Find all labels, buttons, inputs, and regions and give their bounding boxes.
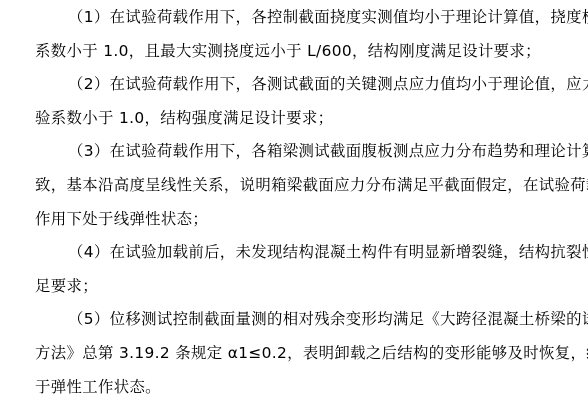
paragraph-line: 验系数小于 1.0，结构强度满足设计要求； [2,102,586,136]
paragraph-line: 系数小于 1.0，且最大实测挠度远小于 L/600，结构刚度满足设计要求； [2,35,586,69]
conclusion-paragraph-4: （4）在试验加载前后，未发现结构混凝土构件有明显新增裂缝，结构抗裂性满 足要求； [2,236,586,303]
paragraph-line: 足要求； [2,270,586,304]
conclusion-paragraph-1: （1）在试验荷载作用下，各控制截面挠度实测值均小于理论计算值，挠度校验 系数小于… [2,1,586,68]
paragraph-line: 致，基本沿高度呈线性关系，说明箱梁截面应力分布满足平截面假定，在试验荷载 [2,169,586,203]
paragraph-line: 方法》总第 3.19.2 条规定 α1≤0.2，表明卸载之后结构的变形能够及时恢… [2,337,586,371]
paragraph-line: （3）在试验荷载作用下，各箱梁测试截面腹板测点应力分布趋势和理论计算一 [2,135,586,169]
conclusion-paragraph-3: （3）在试验荷载作用下，各箱梁测试截面腹板测点应力分布趋势和理论计算一 致，基本… [2,135,586,236]
paragraph-line: （4）在试验加载前后，未发现结构混凝土构件有明显新增裂缝，结构抗裂性满 [2,236,586,270]
paragraph-line: （5）位移测试控制截面量测的相对残余变形均满足《大跨径混凝土桥梁的试验 [2,303,586,337]
paragraph-line: （1）在试验荷载作用下，各控制截面挠度实测值均小于理论计算值，挠度校验 [2,1,586,35]
document-body: （1）在试验荷载作用下，各控制截面挠度实测值均小于理论计算值，挠度校验 系数小于… [2,1,586,404]
paragraph-line: 作用下处于线弹性状态； [2,203,586,237]
conclusion-paragraph-2: （2）在试验荷载作用下，各测试截面的关键测点应力值均小于理论值，应力校 验系数小… [2,68,586,135]
paragraph-line: 于弹性工作状态。 [2,371,586,405]
paragraph-line: （2）在试验荷载作用下，各测试截面的关键测点应力值均小于理论值，应力校 [2,68,586,102]
conclusion-paragraph-5: （5）位移测试控制截面量测的相对残余变形均满足《大跨径混凝土桥梁的试验 方法》总… [2,303,586,404]
